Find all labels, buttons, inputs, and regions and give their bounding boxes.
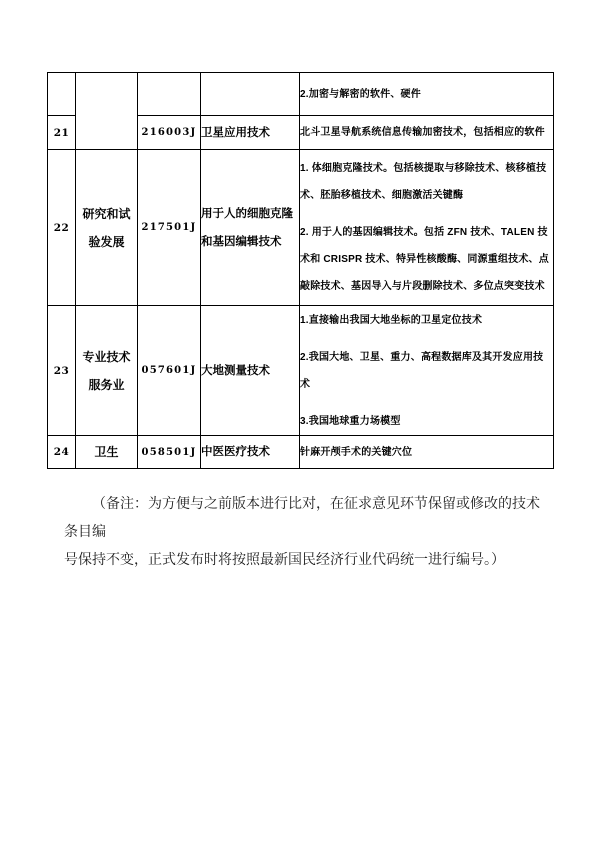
- table-row-24: 24 卫生 058501J 中医医疗技术 针麻开颅手术的关键穴位: [48, 436, 554, 469]
- remark-note: （备注：为方便与之前版本进行比对，在征求意见环节保留或修改的技术条目编 号保持不…: [64, 489, 542, 573]
- code-cell: 057601J: [138, 306, 201, 436]
- description-cell: 北斗卫星导航系统信息传输加密技术，包括相应的软件: [300, 116, 554, 150]
- code-cell: 058501J: [138, 436, 201, 469]
- description-cell: 1.直接输出我国大地坐标的卫星定位技术 2.我国大地、卫星、重力、高程数据库及其…: [300, 306, 554, 436]
- tech-name-cell: 卫星应用技术: [201, 116, 300, 150]
- category-cell: [76, 73, 138, 150]
- description-item: 针麻开颅手术的关键穴位: [300, 439, 553, 466]
- description-cell: 1. 体细胞克隆技术。包括核提取与移除技术、核移植技 术、胚胎移植技术、细胞激活…: [300, 150, 554, 306]
- tech-name-cell: 大地测量技术: [201, 306, 300, 436]
- category-cell: 卫生: [76, 436, 138, 469]
- code-cell: 217501J: [138, 150, 201, 306]
- description-item: 2. 用于人的基因编辑技术。包括 ZFN 技术、TALEN 技 术和 CRISP…: [300, 219, 553, 300]
- row-number-cell: 21: [48, 116, 76, 150]
- category-cell: 专业技术 服务业: [76, 306, 138, 436]
- code-cell: 216003J: [138, 116, 201, 150]
- tech-name-cell: 用于人的细胞克隆 和基因编辑技术: [201, 150, 300, 306]
- description-cell: 2.加密与解密的软件、硬件: [300, 73, 554, 116]
- document-page: 2.加密与解密的软件、硬件 21 216003J 卫星应用技术 北斗卫星导航系统…: [0, 0, 600, 848]
- row-number-cell: [48, 73, 76, 116]
- description-item: 2.加密与解密的软件、硬件: [300, 81, 553, 108]
- table-row-22: 22 研究和试 验发展 217501J 用于人的细胞克隆 和基因编辑技术 1. …: [48, 150, 554, 306]
- category-cell: 研究和试 验发展: [76, 150, 138, 306]
- code-cell: [138, 73, 201, 116]
- tech-name-cell: [201, 73, 300, 116]
- table-row-23: 23 专业技术 服务业 057601J 大地测量技术 1.直接输出我国大地坐标的…: [48, 306, 554, 436]
- description-item: 3.我国地球重力场模型: [300, 408, 553, 435]
- technology-table: 2.加密与解密的软件、硬件 21 216003J 卫星应用技术 北斗卫星导航系统…: [47, 72, 554, 469]
- row-number-cell: 22: [48, 150, 76, 306]
- description-item: 北斗卫星导航系统信息传输加密技术，包括相应的软件: [300, 119, 553, 146]
- table-row-continuation: 2.加密与解密的软件、硬件: [48, 73, 554, 116]
- row-number-cell: 24: [48, 436, 76, 469]
- description-item: 1. 体细胞克隆技术。包括核提取与移除技术、核移植技 术、胚胎移植技术、细胞激活…: [300, 155, 553, 209]
- description-item: 2.我国大地、卫星、重力、高程数据库及其开发应用技 术: [300, 344, 553, 398]
- tech-name-cell: 中医医疗技术: [201, 436, 300, 469]
- row-number-cell: 23: [48, 306, 76, 436]
- description-item: 1.直接输出我国大地坐标的卫星定位技术: [300, 307, 553, 334]
- description-cell: 针麻开颅手术的关键穴位: [300, 436, 554, 469]
